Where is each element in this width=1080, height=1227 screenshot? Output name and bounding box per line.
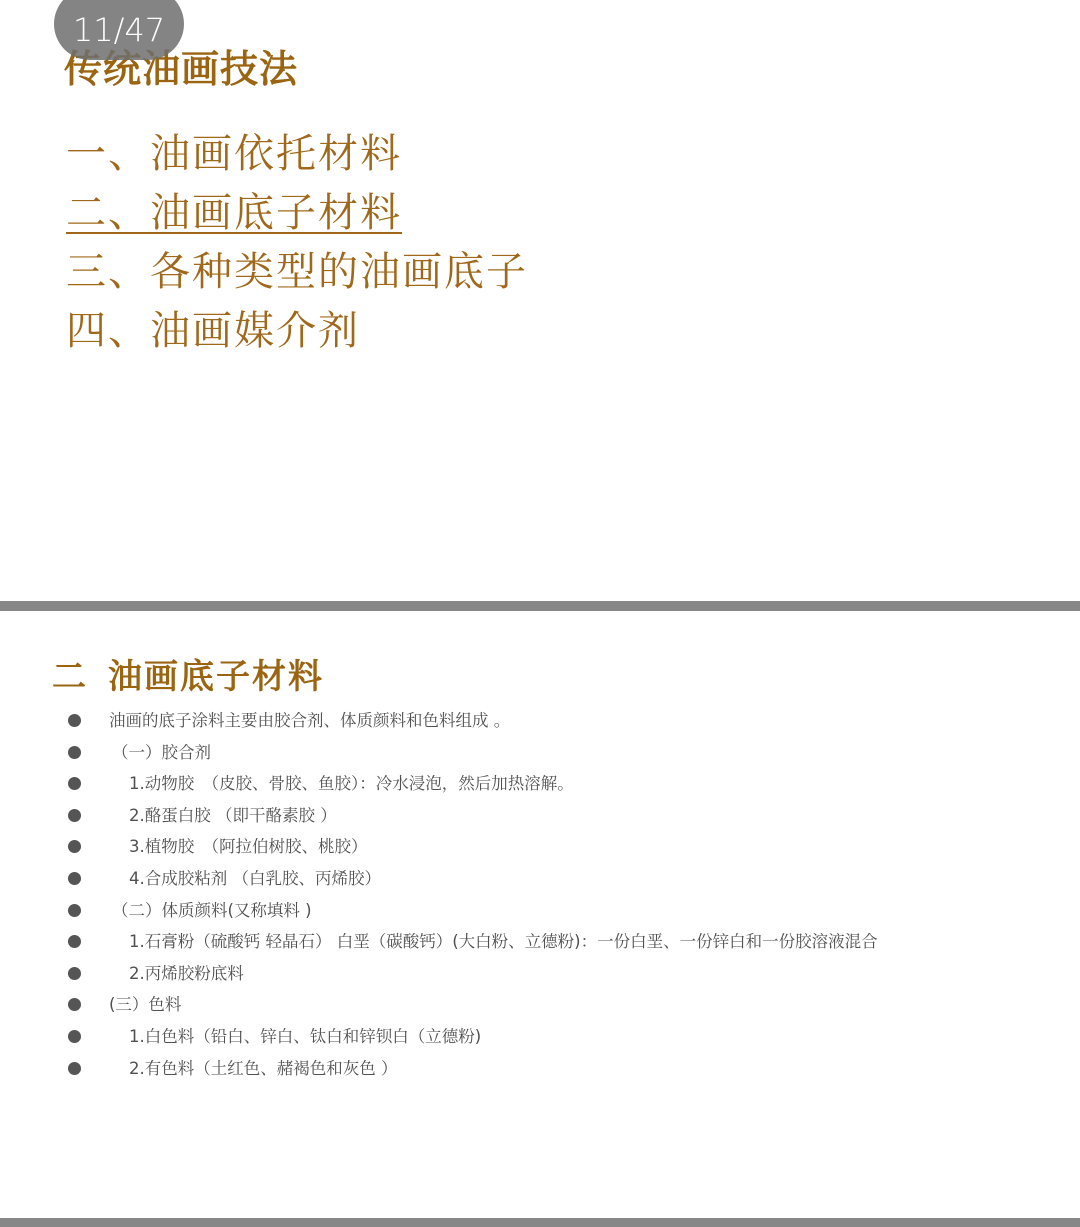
bullet-icon (68, 935, 81, 948)
slide-separator (0, 1218, 1080, 1227)
bullet-icon (68, 809, 81, 822)
toc-item-2-link[interactable]: 二、油画底子材料 (66, 185, 528, 244)
slide-11: 11/47 传统油画技法 一、油画依托材料 二、油画底子材料 三、各种类型的油画… (0, 0, 1080, 601)
list-item: 油画的底子涂料主要由胶合剂、体质颜料和色料组成 。 (0, 705, 1080, 737)
bullet-icon (68, 904, 81, 917)
bullet-icon (68, 1062, 81, 1075)
bullet-icon (68, 1030, 81, 1043)
bullet-icon (68, 967, 81, 980)
list-item: 1.石膏粉（硫酸钙 轻晶石） 白垩（碳酸钙）(大白粉、立德粉)：一份白垩、一份锌… (0, 926, 1080, 958)
list-item: （一）胶合剂 (0, 737, 1080, 769)
list-item: 1.白色料（铅白、锌白、钛白和锌钡白（立德粉) (0, 1021, 1080, 1053)
slide-separator (0, 601, 1080, 611)
section-number: 二 (52, 657, 88, 697)
section-title: 油画底子材料 (108, 657, 324, 697)
list-item: 2.有色料（土红色、赭褐色和灰色 ） (0, 1053, 1080, 1085)
list-item: (三）色料 (0, 989, 1080, 1021)
toc-item-3: 三、各种类型的油画底子 (66, 244, 528, 303)
list-item: （二）体质颜料(又称填料 ) (0, 895, 1080, 927)
bullet-icon (68, 840, 81, 853)
bullet-icon (68, 872, 81, 885)
list-item: 3.植物胶 （阿拉伯树胶、桃胶） (0, 831, 1080, 863)
slide-title: 二油画底子材料 (52, 649, 324, 698)
toc-item-1: 一、油画依托材料 (66, 126, 528, 185)
bullet-icon (68, 998, 81, 1011)
table-of-contents: 一、油画依托材料 二、油画底子材料 三、各种类型的油画底子 四、油画媒介剂 (66, 126, 528, 362)
bullet-icon (68, 746, 81, 759)
list-item: 1.动物胶 （皮胶、骨胶、鱼胶）：冷水浸泡，然后加热溶解。 (0, 768, 1080, 800)
list-item: 2.酪蛋白胶 （即干酪素胶 ） (0, 800, 1080, 832)
toc-item-4: 四、油画媒介剂 (66, 303, 528, 362)
bullet-icon (68, 777, 81, 790)
bullet-icon (68, 714, 81, 727)
list-item: 4.合成胶粘剂 （白乳胶、丙烯胶） (0, 863, 1080, 895)
slide-12: 二油画底子材料 油画的底子涂料主要由胶合剂、体质颜料和色料组成 。 （一）胶合剂… (0, 611, 1080, 1218)
list-item: 2.丙烯胶粉底料 (0, 958, 1080, 990)
bullet-list: 油画的底子涂料主要由胶合剂、体质颜料和色料组成 。 （一）胶合剂 1.动物胶 （… (0, 705, 1080, 1084)
page-indicator-badge: 11/47 (54, 0, 184, 60)
